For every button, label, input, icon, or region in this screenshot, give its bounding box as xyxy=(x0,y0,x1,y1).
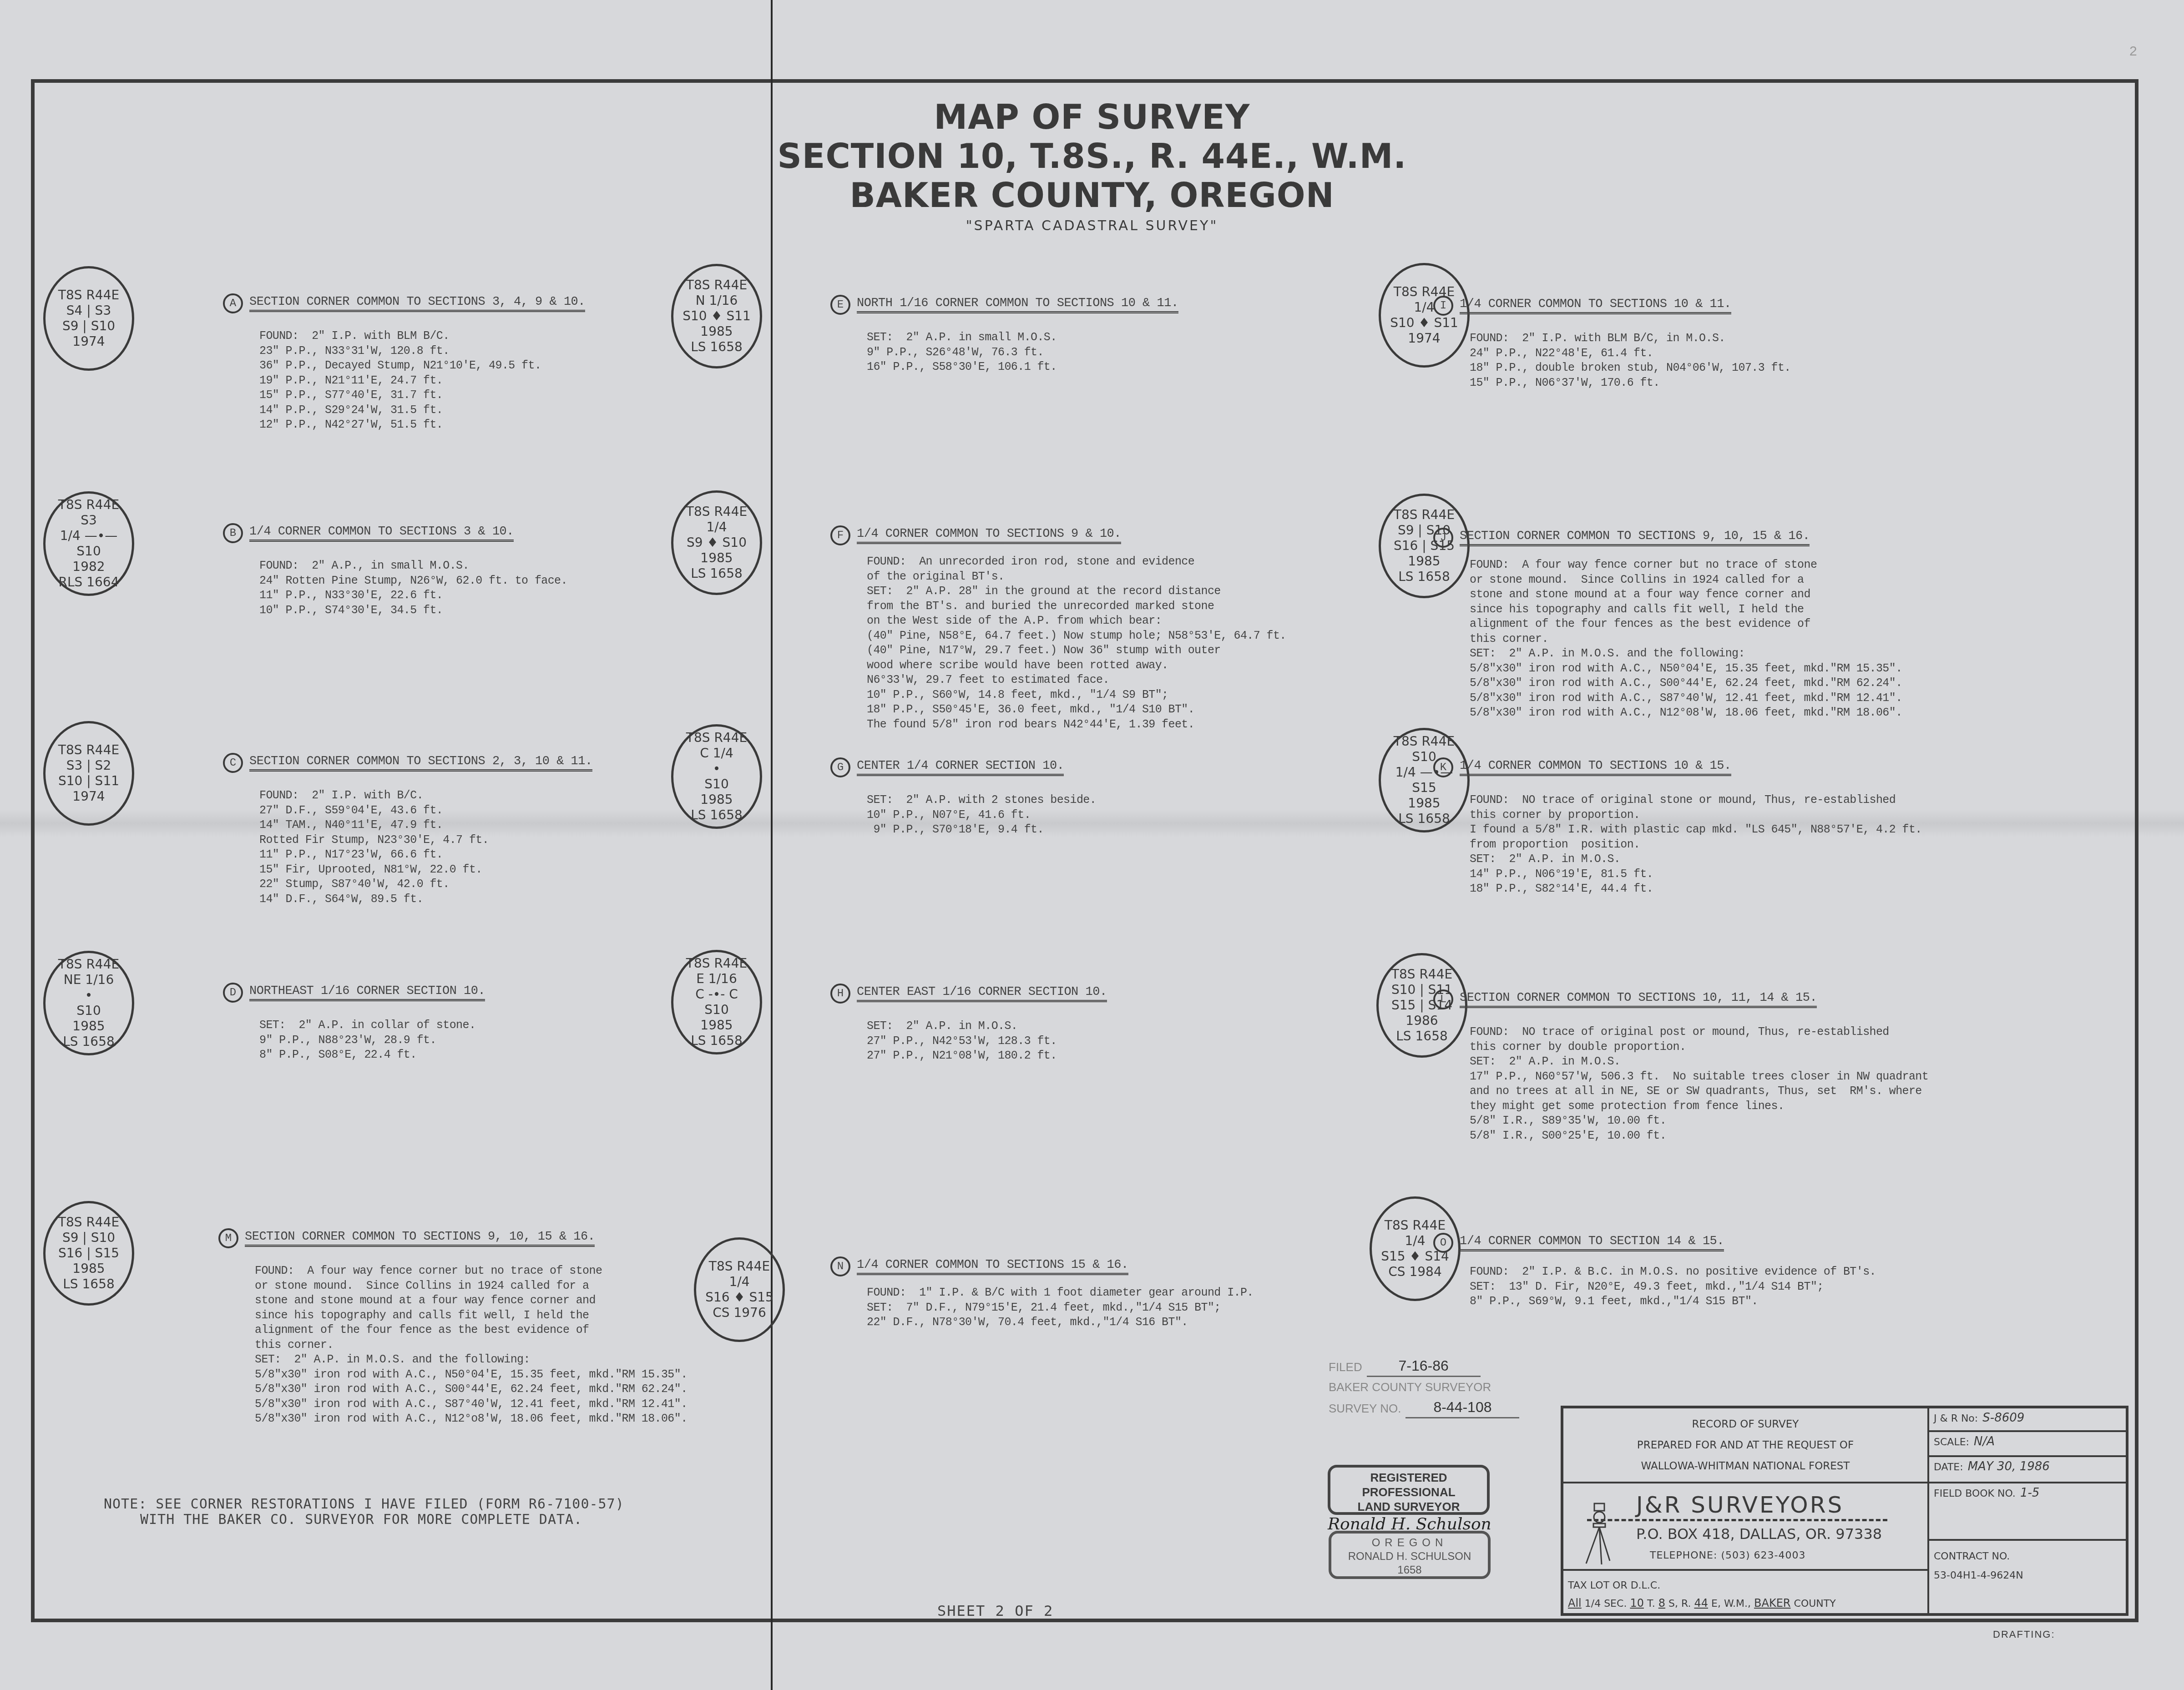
entry-letter-badge: H xyxy=(830,984,850,1004)
record-of-survey-panel: RECORD OF SURVEY PREPARED FOR AND AT THE… xyxy=(1563,1408,1927,1483)
entry-letter-badge: G xyxy=(830,757,850,777)
corner-stamp-a-left: T8S R44ES4 | S3S9 | S101974 xyxy=(43,266,134,371)
corner-entry-m: MSECTION CORNER COMMON TO SECTIONS 9, 10… xyxy=(218,1228,688,1427)
filing-info: FILED7-16-86 BAKER COUNTY SURVEYOR SURVE… xyxy=(1329,1356,1519,1418)
entry-body: FOUND: 2" I.P. & B.C. in M.O.S. no posit… xyxy=(1470,1265,1876,1309)
field-book-cell: FIELD BOOK NO.1-5 xyxy=(1927,1483,2126,1541)
entry-heading: SECTION CORNER COMMON TO SECTIONS 3, 4, … xyxy=(249,295,585,312)
corner-entry-n: N1/4 CORNER COMMON TO SECTIONS 15 & 16. … xyxy=(830,1256,1254,1330)
title-line-1: MAP OF SURVEY xyxy=(773,98,1410,137)
title-block: RECORD OF SURVEY PREPARED FOR AND AT THE… xyxy=(1561,1406,2128,1616)
title-subtitle: "SPARTA CADASTRAL SURVEY" xyxy=(773,218,1410,234)
corner-entry-a: ASECTION CORNER COMMON TO SECTIONS 3, 4,… xyxy=(223,293,585,433)
firm-address: P.O. BOX 418, DALLAS, OR. 97338 xyxy=(1636,1525,1882,1543)
entry-heading: SECTION CORNER COMMON TO SECTIONS 9, 10,… xyxy=(245,1230,595,1247)
entry-heading: 1/4 CORNER COMMON TO SECTIONS 10 & 15. xyxy=(1460,759,1731,776)
drafting-label: DRAFTING: xyxy=(1993,1629,2055,1640)
corner-entry-o: O1/4 CORNER COMMON TO SECTION 14 & 15. F… xyxy=(1433,1233,1876,1309)
entry-body: FOUND: 2" I.P. with B/C. 27" D.F., S59°0… xyxy=(259,788,592,907)
corner-entry-c: CSECTION CORNER COMMON TO SECTIONS 2, 3,… xyxy=(223,753,592,907)
oregon-license-stamp: OREGON RONALD H. SCHULSON 1658 xyxy=(1329,1531,1491,1579)
corner-stamp-c-left: T8S R44ES3 | S2S10 | S111974 xyxy=(43,721,134,826)
corner-stamp-m-left: T8S R44ES9 | S10S16 | S151985LS 1658 xyxy=(43,1201,134,1306)
entry-body: FOUND: 1" I.P. & B/C with 1 foot diamete… xyxy=(867,1286,1254,1330)
corner-stamp-m-right: T8S R44E1/4S16 ♦ S15CS 1976 xyxy=(694,1237,785,1342)
entry-body: SET: 2" A.P. in collar of stone. 9" P.P.… xyxy=(259,1018,485,1063)
entry-body: SET: 2" A.P. with 2 stones beside. 10" P… xyxy=(867,793,1096,837)
title-line-3: BAKER COUNTY, OREGON xyxy=(773,176,1410,215)
scale-cell: SCALE:N/A xyxy=(1927,1432,2126,1457)
entry-letter-badge: C xyxy=(223,753,243,773)
tax-lot-panel: TAX LOT OR D.L.C. All 1/4 SEC. 10 T. 8 S… xyxy=(1563,1571,1927,1619)
entry-heading: SECTION CORNER COMMON TO SECTIONS 9, 10,… xyxy=(1460,530,1810,546)
corner-stamp-b-right: T8S R44E1/4S9 ♦ S101985LS 1658 xyxy=(671,490,762,595)
firm-phone: TELEPHONE: (503) 623-4003 xyxy=(1650,1550,1805,1561)
date-cell: DATE:MAY 30, 1986 xyxy=(1927,1457,2126,1483)
entry-letter-badge: M xyxy=(218,1228,238,1248)
entry-body: FOUND: A four way fence corner but no tr… xyxy=(1470,558,1902,721)
corner-entry-l: LSECTION CORNER COMMON TO SECTIONS 10, 1… xyxy=(1433,989,1928,1143)
entry-body: SET: 2" A.P. in M.O.S. 27" P.P., N42°53'… xyxy=(867,1019,1107,1064)
page-number: 2 xyxy=(2129,44,2137,59)
entry-heading: SECTION CORNER COMMON TO SECTIONS 2, 3, … xyxy=(249,755,592,772)
entry-body: FOUND: An unrecorded iron rod, stone and… xyxy=(867,555,1286,732)
entry-letter-badge: F xyxy=(830,525,850,545)
map-title: MAP OF SURVEY SECTION 10, T.8S., R. 44E.… xyxy=(773,98,1410,234)
entry-letter-badge: E xyxy=(830,295,850,315)
entry-heading: NORTH 1/16 CORNER COMMON TO SECTIONS 10 … xyxy=(857,297,1178,313)
filed-date: 7-16-86 xyxy=(1367,1356,1481,1377)
entry-letter-badge: K xyxy=(1433,757,1453,777)
entry-heading: SECTION CORNER COMMON TO SECTIONS 10, 11… xyxy=(1460,991,1817,1008)
entry-body: FOUND: 2" A.P., in small M.O.S. 24" Rott… xyxy=(259,559,567,618)
entry-body: FOUND: NO trace of original stone or mou… xyxy=(1470,793,1922,897)
corner-entry-k: K1/4 CORNER COMMON TO SECTIONS 10 & 15. … xyxy=(1433,757,1922,897)
corner-entry-g: GCENTER 1/4 CORNER SECTION 10. SET: 2" A… xyxy=(830,757,1096,837)
entry-heading: NORTHEAST 1/16 CORNER SECTION 10. xyxy=(249,984,485,1001)
entry-letter-badge: L xyxy=(1433,989,1453,1009)
corner-entry-e: ENORTH 1/16 CORNER COMMON TO SECTIONS 10… xyxy=(830,295,1178,375)
entry-body: FOUND: A four way fence corner but no tr… xyxy=(255,1264,688,1427)
entry-letter-badge: O xyxy=(1433,1233,1453,1253)
jr-number-cell: J & R No:S-8609 xyxy=(1927,1408,2126,1432)
firm-panel: J&R SURVEYORS P.O. BOX 418, DALLAS, OR. … xyxy=(1563,1483,1927,1571)
sheet-number: SHEET 2 OF 2 xyxy=(937,1602,1053,1619)
registered-surveyor-stamp: REGISTERED PROFESSIONAL LAND SURVEYOR xyxy=(1328,1465,1490,1515)
corner-stamp-b-left: T8S R44ES31/4 —•—S101982RLS 1664 xyxy=(43,491,134,596)
entry-body: FOUND: 2" I.P. with BLM B/C, in M.O.S. 2… xyxy=(1470,331,1791,390)
entry-heading: 1/4 CORNER COMMON TO SECTIONS 15 & 16. xyxy=(857,1258,1128,1275)
entry-body: FOUND: 2" I.P. with BLM B/C. 23" P.P., N… xyxy=(259,329,585,433)
entry-body: SET: 2" A.P. in small M.O.S. 9" P.P., S2… xyxy=(867,330,1178,375)
corner-entry-f: F1/4 CORNER COMMON TO SECTIONS 9 & 10. F… xyxy=(830,525,1286,732)
entry-letter-badge: J xyxy=(1433,528,1453,548)
entry-letter-badge: I xyxy=(1433,296,1453,316)
entry-letter-badge: N xyxy=(830,1256,850,1276)
corner-entry-j: JSECTION CORNER COMMON TO SECTIONS 9, 10… xyxy=(1433,528,1902,721)
entry-heading: CENTER 1/4 CORNER SECTION 10. xyxy=(857,759,1064,776)
entry-letter-badge: A xyxy=(223,293,243,313)
restoration-note: NOTE: SEE CORNER RESTORATIONS I HAVE FIL… xyxy=(104,1497,624,1528)
corner-entry-h: HCENTER EAST 1/16 CORNER SECTION 10. SET… xyxy=(830,984,1107,1064)
firm-name: J&R SURVEYORS xyxy=(1636,1492,1844,1518)
entry-letter-badge: B xyxy=(223,523,243,543)
title-line-2: SECTION 10, T.8S., R. 44E., W.M. xyxy=(773,137,1410,176)
corner-stamp-a-right: T8S R44EN 1/16S10 ♦ S111985LS 1658 xyxy=(671,264,762,368)
firm-dashed-line xyxy=(1587,1519,1887,1521)
contract-cell: CONTRACT NO. 53-04H1-4-9624N xyxy=(1927,1541,2126,1588)
corner-stamp-d-left: T8S R44ENE 1/16•S101985LS 1658 xyxy=(43,951,134,1055)
entry-heading: 1/4 CORNER COMMON TO SECTIONS 9 & 10. xyxy=(857,527,1121,544)
entry-heading: 1/4 CORNER COMMON TO SECTIONS 10 & 11. xyxy=(1460,298,1731,314)
entry-heading: CENTER EAST 1/16 CORNER SECTION 10. xyxy=(857,985,1107,1002)
entry-body: FOUND: NO trace of original post or moun… xyxy=(1470,1025,1928,1143)
fold-line xyxy=(771,0,773,1690)
entry-heading: 1/4 CORNER COMMON TO SECTION 14 & 15. xyxy=(1460,1235,1724,1251)
corner-stamp-c-right: T8S R44EC 1/4•S101985LS 1658 xyxy=(671,724,762,829)
surveyor-tripod-icon xyxy=(1582,1502,1618,1565)
entry-letter-badge: D xyxy=(223,983,243,1003)
corner-entry-b: B1/4 CORNER COMMON TO SECTIONS 3 & 10. F… xyxy=(223,523,567,618)
survey-number: 8-44-108 xyxy=(1405,1397,1519,1418)
entry-heading: 1/4 CORNER COMMON TO SECTIONS 3 & 10. xyxy=(249,525,514,542)
corner-entry-i: I1/4 CORNER COMMON TO SECTIONS 10 & 11. … xyxy=(1433,296,1791,390)
corner-stamp-d-right: T8S R44EE 1/16C -•- CS101985LS 1658 xyxy=(671,950,762,1054)
corner-entry-d: DNORTHEAST 1/16 CORNER SECTION 10. SET: … xyxy=(223,983,485,1063)
